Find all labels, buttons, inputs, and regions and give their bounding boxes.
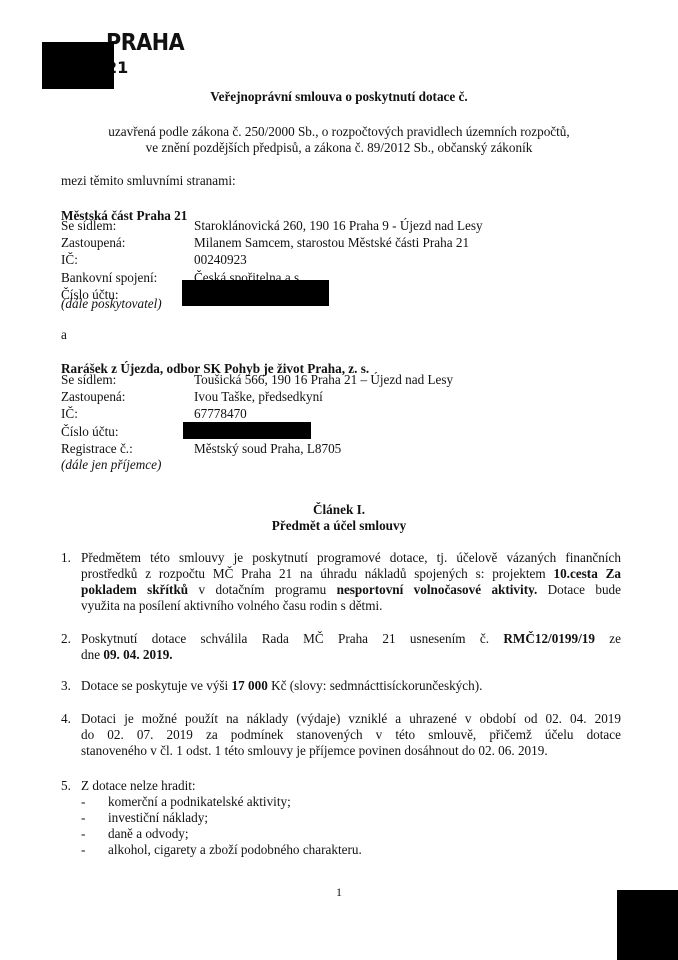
recipient-field-value: Toušická 566, 190 16 Praha 21 – Újezd na… bbox=[194, 372, 453, 388]
excluded-cost-item: komerční a podnikatelské aktivity; bbox=[108, 794, 291, 810]
recipient-field-value: 67778470 bbox=[194, 406, 247, 422]
clause-number: 3. bbox=[61, 678, 71, 694]
provider-role: (dále poskytovatel) bbox=[61, 296, 162, 312]
recipient-role: (dále jen příjemce) bbox=[61, 457, 161, 473]
provider-field-label: IČ: bbox=[61, 252, 78, 268]
clause-1: 1.Předmětem této smlouvy je poskytnutí p… bbox=[61, 550, 621, 614]
document-title: Veřejnoprávní smlouva o poskytnutí dotac… bbox=[210, 89, 467, 104]
clause-3: 3.Dotace se poskytuje ve výši 17 000 Kč … bbox=[61, 678, 621, 694]
clause-text: Poskytnutí dotace schválila Rada MČ Prah… bbox=[81, 631, 503, 646]
recipient-field-label: IČ: bbox=[61, 406, 78, 422]
parties-intro: mezi těmito smluvními stranami: bbox=[61, 173, 236, 189]
clause-2: 2.Poskytnutí dotace schválila Rada MČ Pr… bbox=[61, 631, 621, 663]
excluded-cost-item: daně a odvody; bbox=[108, 826, 189, 842]
clause-number: 4. bbox=[61, 711, 71, 727]
clause-emphasis: pokladem skřítků bbox=[81, 582, 188, 597]
recipient-field-value: Ivou Taške, předsedkyní bbox=[194, 389, 323, 405]
provider-field-value: Milanem Samcem, starostou Městské části … bbox=[194, 235, 469, 251]
provider-field-label: Zastoupená: bbox=[61, 235, 125, 251]
legal-basis-line-1: uzavřená podle zákona č. 250/2000 Sb., o… bbox=[0, 124, 678, 140]
recipient-field-label: Zastoupená: bbox=[61, 389, 125, 405]
page-number: 1 bbox=[0, 885, 678, 900]
clause-5: 5.Z dotace nelze hradit: bbox=[61, 778, 621, 794]
clause-text: Dotace se poskytuje ve výši bbox=[81, 678, 232, 693]
provider-field-label: Bankovní spojení: bbox=[61, 270, 157, 286]
recipient-field-label: Se sídlem: bbox=[61, 372, 116, 388]
clause-emphasis: RMČ12/0199/19 bbox=[503, 631, 595, 646]
clause-emphasis: 10.cesta Za bbox=[553, 566, 621, 581]
clause-text: využita na posílení aktivního volného ča… bbox=[81, 598, 382, 613]
clause-text: do 02. 07. 2019 za podmínek stanovených … bbox=[81, 727, 621, 742]
provider-field-value: Staroklánovická 260, 190 16 Praha 9 - Új… bbox=[194, 218, 483, 234]
clause-emphasis: nesportovní volnočasové aktivity. bbox=[337, 582, 538, 597]
clause-text: Kč (slovy: sedmnácttisíckorunčeských). bbox=[268, 678, 483, 693]
legal-basis-line-2: ve znění pozdějších předpisů, a zákona č… bbox=[0, 140, 678, 156]
redacted-corner-block bbox=[617, 890, 678, 960]
clause-text: prostředků z rozpočtu MČ Praha 21 na úhr… bbox=[81, 566, 553, 581]
parties-connector: a bbox=[61, 327, 67, 343]
excluded-cost-item: investiční náklady; bbox=[108, 810, 208, 826]
excluded-cost-item: alkohol, cigarety a zboží podobného char… bbox=[108, 842, 362, 858]
clause-number: 5. bbox=[61, 778, 71, 794]
dash-bullet-icon: - bbox=[81, 810, 85, 826]
clause-text: ze bbox=[595, 631, 621, 646]
clause-text: stanoveného v čl. 1 odst. 1 této smlouvy… bbox=[81, 743, 548, 758]
clause-text: Z dotace nelze hradit: bbox=[81, 778, 196, 793]
clause-text: v dotačním programu bbox=[188, 582, 336, 597]
recipient-field-label: Registrace č.: bbox=[61, 441, 133, 457]
clause-text: Dotace bude bbox=[537, 582, 621, 597]
dash-bullet-icon: - bbox=[81, 826, 85, 842]
recipient-field-label: Číslo účtu: bbox=[61, 424, 119, 440]
dash-bullet-icon: - bbox=[81, 794, 85, 810]
recipient-field-value: Městský soud Praha, L8705 bbox=[194, 441, 341, 457]
logo-praha-text: PRAHA bbox=[106, 30, 184, 56]
clause-emphasis: 17 000 bbox=[232, 678, 268, 693]
clause-text: Předmětem této smlouvy je poskytnutí pro… bbox=[81, 550, 621, 565]
clause-4: 4.Dotaci je možné použít na náklady (výd… bbox=[61, 711, 621, 759]
provider-field-label: Se sídlem: bbox=[61, 218, 116, 234]
article-heading: Článek I. bbox=[313, 502, 365, 517]
clause-text: Dotaci je možné použít na náklady (výdaj… bbox=[81, 711, 621, 726]
dash-bullet-icon: - bbox=[81, 842, 85, 858]
provider-field-value: 00240923 bbox=[194, 252, 247, 268]
clause-number: 2. bbox=[61, 631, 71, 647]
redacted-provider-account bbox=[182, 280, 329, 306]
clause-text: dne bbox=[81, 647, 103, 662]
clause-number: 1. bbox=[61, 550, 71, 566]
redacted-recipient-account bbox=[183, 422, 311, 439]
clause-emphasis: 09. 04. 2019. bbox=[103, 647, 172, 662]
redacted-logo-block bbox=[42, 42, 114, 89]
article-subheading: Předmět a účel smlouvy bbox=[272, 518, 406, 533]
